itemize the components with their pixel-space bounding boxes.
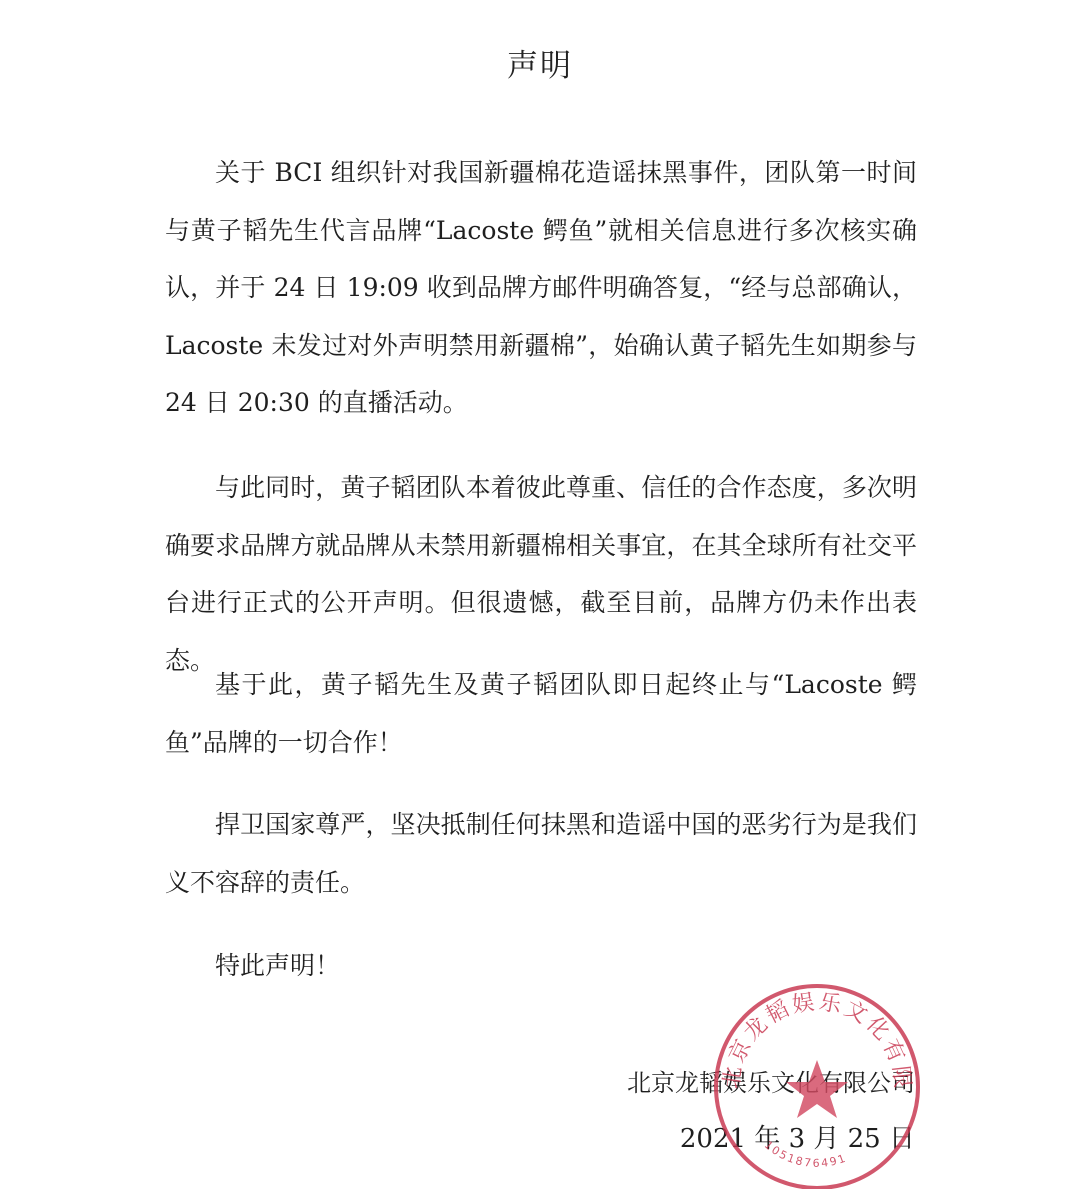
signature-date: 2021 年 3 月 25 日 [680,1118,915,1155]
signature-company: 北京龙韬娱乐文化有限公司 [627,1063,915,1098]
document-title: 声明 [0,40,1080,85]
paragraph-3: 基于此，黄子韬先生及黄子韬团队即日起终止与“Lacoste 鳄鱼”品牌的一切合作… [165,656,917,771]
paragraph-5: 特此声明！ [165,937,917,995]
paragraph-2: 与此同时，黄子韬团队本着彼此尊重、信任的合作态度，多次明确要求品牌方就品牌从未禁… [165,459,917,689]
paragraph-1: 关于 BCI 组织针对我国新疆棉花造谣抹黑事件，团队第一时间与黄子韬先生代言品牌… [165,144,917,432]
paragraph-4: 捍卫国家尊严，坚决抵制任何抹黑和造谣中国的恶劣行为是我们义不容辞的责任。 [165,796,917,911]
